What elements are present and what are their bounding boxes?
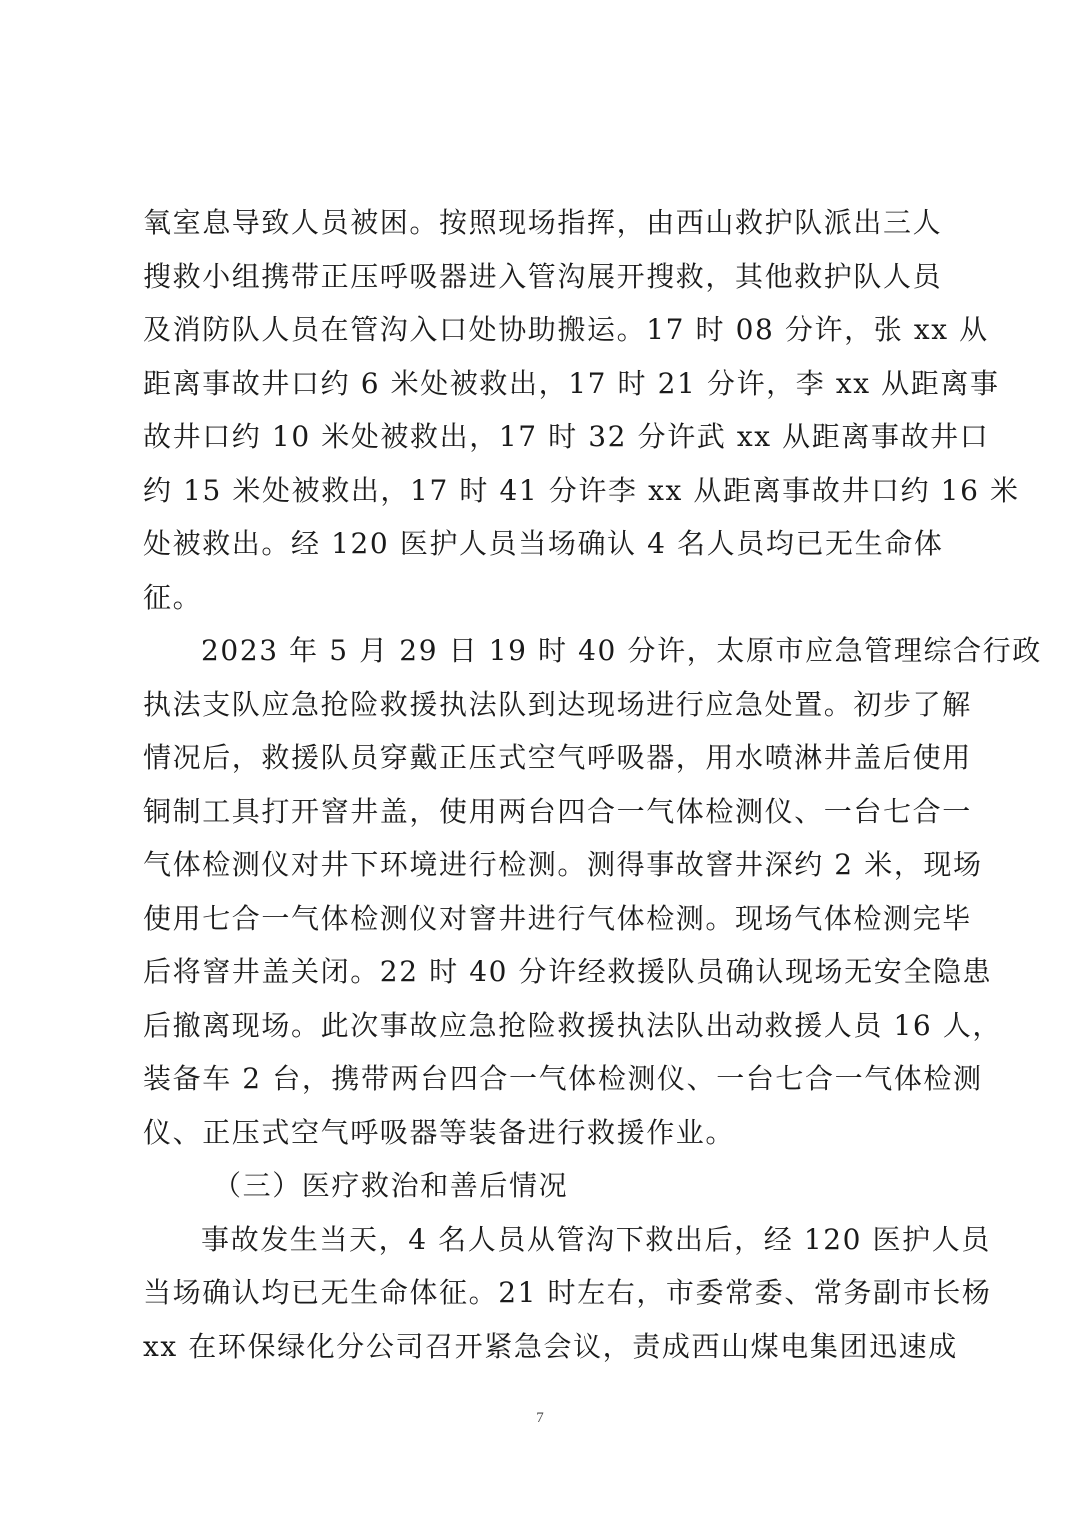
text-line: 搜救小组携带正压呼吸器进入管沟展开搜救，其他救护队人员 <box>143 250 943 304</box>
text-line: 后将窨井盖关闭。22 时 40 分许经救援队员确认现场无安全隐患 <box>143 945 943 999</box>
text-line: 装备车 2 台，携带两台四合一气体检测仪、一台七合一气体检测 <box>143 1052 943 1106</box>
text-line: 铜制工具打开窨井盖，使用两台四合一气体检测仪、一台七合一 <box>143 785 943 839</box>
paragraph-start-line: 2023 年 5 月 29 日 19 时 40 分许，太原市应急管理综合行政 <box>143 624 943 678</box>
text-line: 当场确认均已无生命体征。21 时左右，市委常委、常务副市长杨 <box>143 1266 943 1320</box>
text-line: 后撤离现场。此次事故应急抢险救援执法队出动救援人员 16 人， <box>143 999 943 1053</box>
body-text: 氧室息导致人员被困。按照现场指挥，由西山救护队派出三人 搜救小组携带正压呼吸器进… <box>143 196 943 1373</box>
document-page: 氧室息导致人员被困。按照现场指挥，由西山救护队派出三人 搜救小组携带正压呼吸器进… <box>0 0 1080 1527</box>
text-line: 及消防队人员在管沟入口处协助搬运。17 时 08 分许，张 xx 从 <box>143 303 943 357</box>
text-line: 氧室息导致人员被困。按照现场指挥，由西山救护队派出三人 <box>143 196 943 250</box>
paragraph-start-line: 事故发生当天，4 名人员从管沟下救出后，经 120 医护人员 <box>143 1213 943 1267</box>
page-number: 7 <box>0 1410 1080 1427</box>
text-line: 仪、正压式空气呼吸器等装备进行救援作业。 <box>143 1106 943 1160</box>
text-line: 气体检测仪对井下环境进行检测。测得事故窨井深约 2 米，现场 <box>143 838 943 892</box>
text-line: 执法支队应急抢险救援执法队到达现场进行应急处置。初步了解 <box>143 678 943 732</box>
text-line: 约 15 米处被救出，17 时 41 分许李 xx 从距离事故井口约 16 米 <box>143 464 943 518</box>
text-line: 故井口约 10 米处被救出，17 时 32 分许武 xx 从距离事故井口 <box>143 410 943 464</box>
text-line: 使用七合一气体检测仪对窨井进行气体检测。现场气体检测完毕 <box>143 892 943 946</box>
text-line: 征。 <box>143 571 943 625</box>
section-heading: （三）医疗救治和善后情况 <box>143 1159 943 1213</box>
text-line: xx 在环保绿化分公司召开紧急会议，责成西山煤电集团迅速成 <box>143 1320 943 1374</box>
text-line: 情况后，救援队员穿戴正压式空气呼吸器，用水喷淋井盖后使用 <box>143 731 943 785</box>
text-line: 处被救出。经 120 医护人员当场确认 4 名人员均已无生命体 <box>143 517 943 571</box>
text-line: 距离事故井口约 6 米处被救出，17 时 21 分许，李 xx 从距离事 <box>143 357 943 411</box>
